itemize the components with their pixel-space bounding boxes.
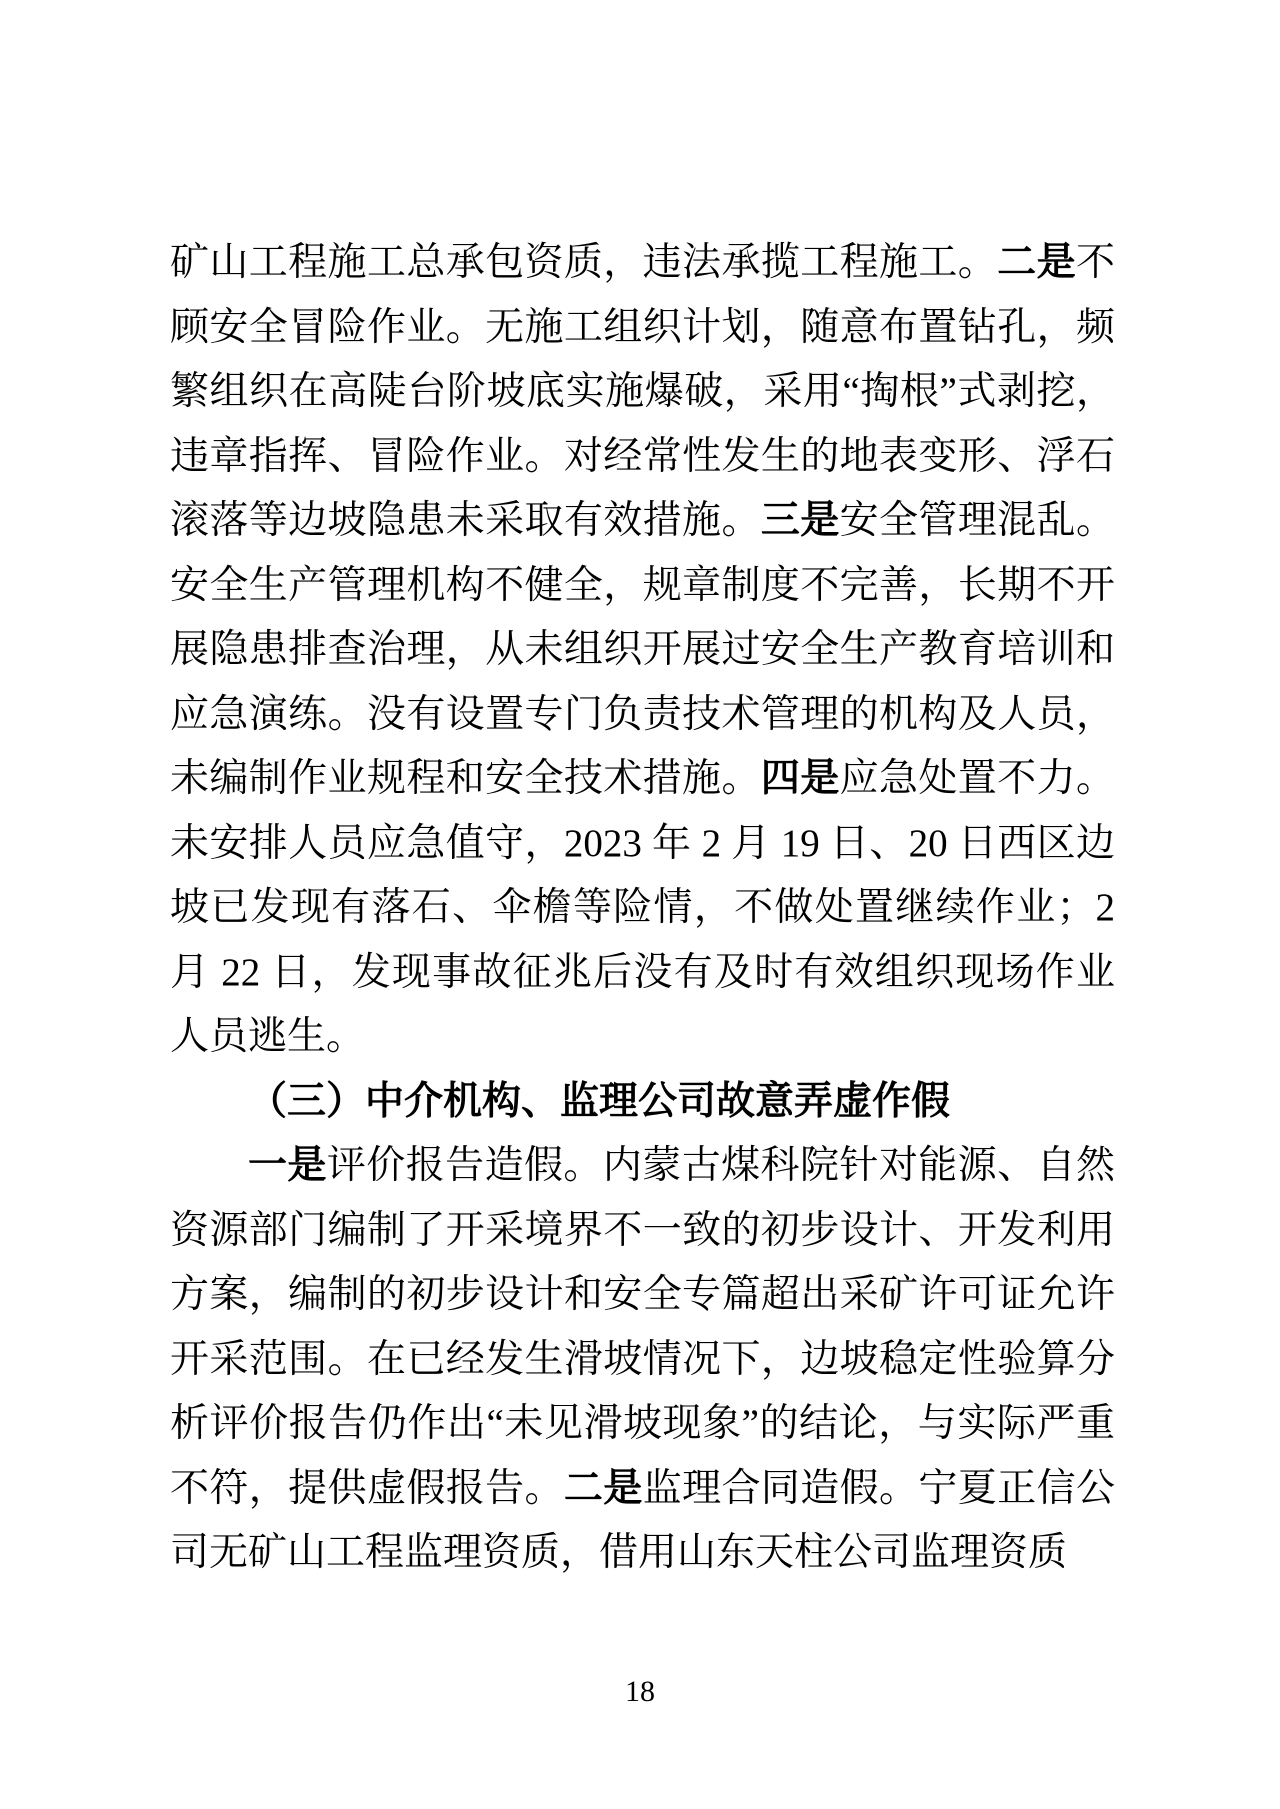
text-segment: 矿山工程施工总承包资质，违法承揽工程施工。 bbox=[170, 241, 997, 284]
bold-text-segment: 三是 bbox=[761, 499, 840, 542]
section-heading-three: （三）中介机构、监理公司故意弄虚作假 bbox=[170, 1070, 1115, 1135]
text-segment: 不顾安全冒险作业。无施工组织计划，随意布置钻孔，频繁组织在高陡台阶坡底实施爆破，… bbox=[170, 241, 1115, 542]
text-segment: 安全管理混乱。安全生产管理机构不健全，规章制度不完善，长期不开展隐患排查治理，从… bbox=[170, 499, 1115, 800]
bold-text-segment: （三）中介机构、监理公司故意弄虚作假 bbox=[248, 1080, 950, 1123]
text-segment: 评价报告造假。内蒙古煤科院针对能源、自然资源部门编制了开采境界不一致的初步设计、… bbox=[170, 1144, 1115, 1510]
bold-text-segment: 四是 bbox=[761, 757, 840, 800]
page-number: 18 bbox=[625, 1675, 655, 1708]
document-body: 矿山工程施工总承包资质，违法承揽工程施工。二是不顾安全冒险作业。无施工组织计划，… bbox=[170, 231, 1115, 1586]
bold-text-segment: 一是 bbox=[248, 1144, 327, 1187]
paragraph-violations-continued: 矿山工程施工总承包资质，违法承揽工程施工。二是不顾安全冒险作业。无施工组织计划，… bbox=[170, 231, 1115, 1070]
paragraph-intermediary-fraud: 一是评价报告造假。内蒙古煤科院针对能源、自然资源部门编制了开采境界不一致的初步设… bbox=[170, 1134, 1115, 1586]
page-footer: 18 bbox=[0, 1674, 1280, 1710]
bold-text-segment: 二是 bbox=[997, 241, 1076, 284]
bold-text-segment: 二是 bbox=[564, 1467, 643, 1510]
text-segment: 应急处置不力。未安排人员应急值守，2023 年 2 月 19 日、20 日西区边… bbox=[170, 757, 1115, 1058]
document-page: 矿山工程施工总承包资质，违法承揽工程施工。二是不顾安全冒险作业。无施工组织计划，… bbox=[0, 0, 1280, 1809]
